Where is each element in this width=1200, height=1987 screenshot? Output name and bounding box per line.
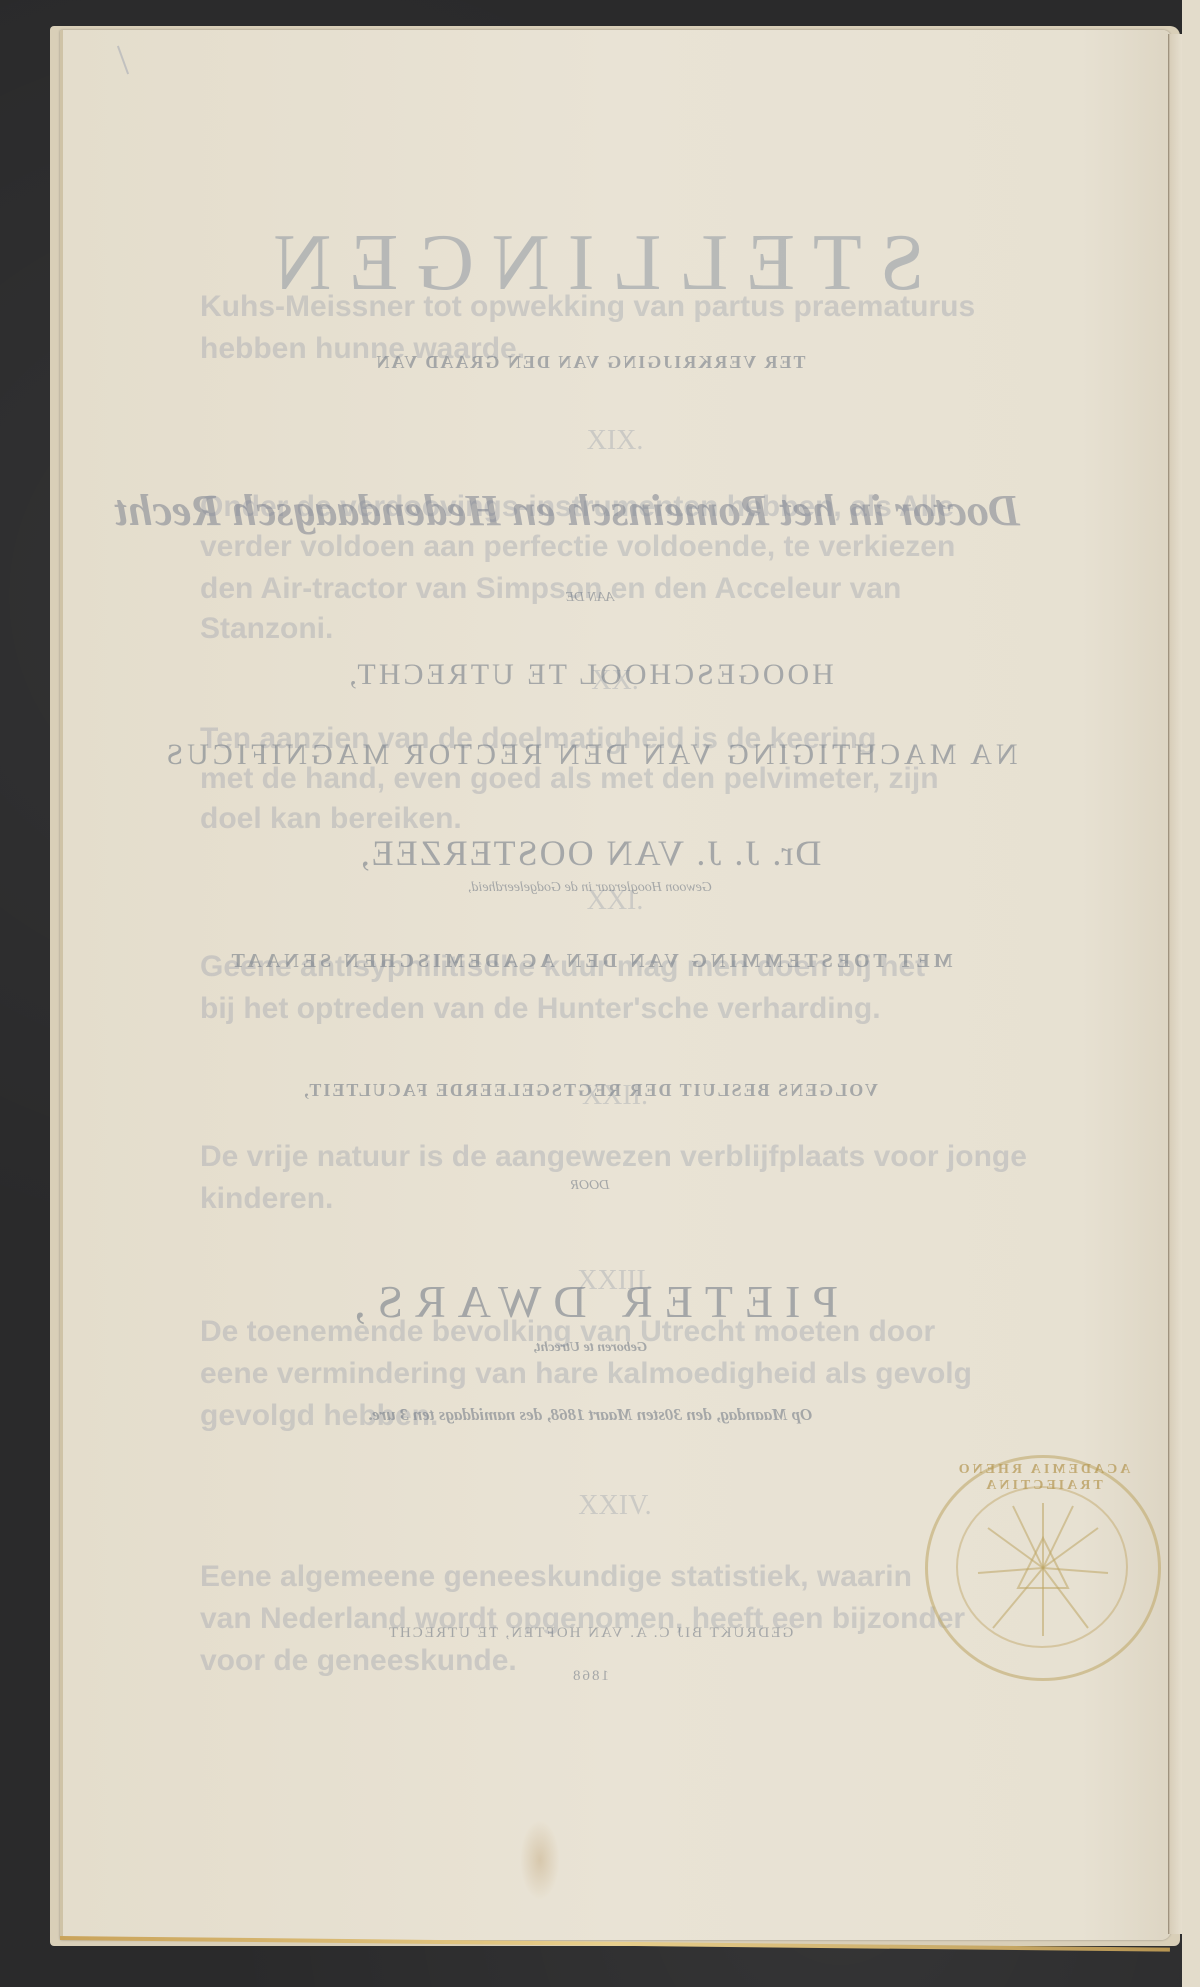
sun-emblem-icon bbox=[973, 1498, 1113, 1638]
birthplace-line: Geboren te Utrecht, bbox=[160, 1340, 1020, 1356]
faculty-line: VOLGENS BESLUIT DER REGTSGELEERDE FACULT… bbox=[160, 1080, 1020, 1101]
university-line: HOOGESCHOOL TE UTRECHT, bbox=[160, 658, 1020, 692]
thesis-line: Eene algemeene geneeskundige statistiek,… bbox=[200, 1560, 1030, 1594]
page-gutter-edge bbox=[1168, 34, 1182, 1934]
university-stamp: ACADEMIA RHENO TRAIECTINA bbox=[925, 1455, 1161, 1681]
title: STELLINGEN bbox=[160, 218, 1020, 309]
author-name: PIETER DWARS, bbox=[160, 1275, 1020, 1328]
thesis-line: eene vermindering van hare kalmoedigheid… bbox=[200, 1357, 1030, 1391]
rector-title: Gewoon Hoogleraar in de Godgeleerdheid, bbox=[160, 880, 1020, 896]
stamp-ring-text: ACADEMIA RHENO TRAIECTINA bbox=[928, 1462, 1158, 1494]
thesis-number: XXIV. bbox=[200, 1490, 1030, 1522]
foxing-stain bbox=[520, 1820, 560, 1900]
facing-page-strip bbox=[1182, 0, 1200, 1987]
date-line: Op Maandag, den 30sten Maart 1868, des n… bbox=[160, 1405, 1020, 1425]
printer-line: GEDRUKT BIJ C. A. VAN HOFTEN, TE UTRECHT bbox=[160, 1625, 1020, 1642]
rector-name: Dr. J. J. VAN OOSTERZEE, bbox=[160, 832, 1020, 874]
thesis-line: doel kan bereiken. bbox=[200, 802, 1030, 836]
purpose-line: TER VERKRIJGING VAN DEN GRAAD VAN bbox=[160, 352, 1020, 373]
thesis-number: XIX. bbox=[200, 425, 1030, 457]
thesis-line: Stanzoni. bbox=[200, 612, 1030, 646]
rector-line: NA MACHTIGING VAN DEN RECTOR MAGNIFICUS bbox=[160, 738, 1020, 772]
senate-line: MET TOESTEMMING VAN DEN ACADEMISCHEN SEN… bbox=[160, 950, 1020, 973]
aan-de-line: AAN DE bbox=[160, 590, 1020, 606]
degree-line: Doctor in het Romeinsch en Hedendaagsch … bbox=[160, 485, 1020, 536]
door-line: DOOR bbox=[160, 1178, 1020, 1194]
thesis-line: De vrije natuur is de aangewezen verblij… bbox=[200, 1140, 1030, 1174]
year-line: 1868 bbox=[160, 1668, 1020, 1685]
thesis-line: bij het optreden van de Hunter'sche verh… bbox=[200, 992, 1030, 1026]
